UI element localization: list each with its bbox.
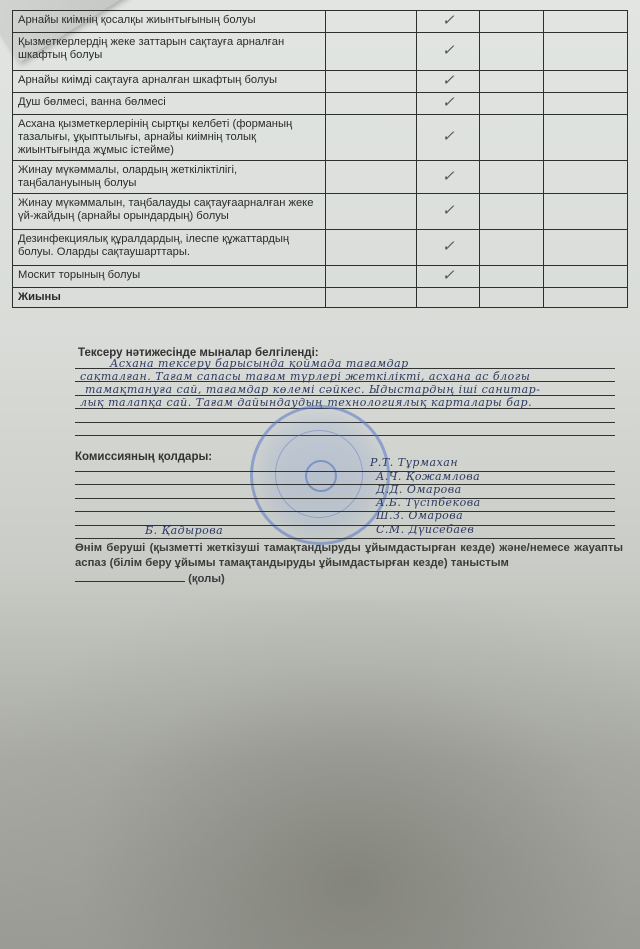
signature-5: Ш.З. Омарова (376, 509, 463, 522)
checkmark-icon: ✓ (442, 127, 455, 145)
empty-cell (480, 33, 544, 71)
total-label: Жиыны (13, 288, 326, 308)
empty-cell (543, 161, 627, 194)
signature-2: А.Ч. Қожамлова (376, 470, 480, 483)
checklist-table: Арнайы киімнің қосалқы жиынтығының болуы… (12, 10, 628, 308)
empty-cell (543, 115, 627, 161)
criterion-cell: Арнайы киімнің қосалқы жиынтығының болуы (13, 11, 326, 33)
empty-cell (543, 194, 627, 230)
table-row: Жинау мүкәммалы, олардың жеткіліктілігі,… (13, 161, 628, 194)
criterion-cell: Дезинфекциялық құралдардың, ілеспе құжат… (13, 230, 326, 266)
criterion-cell: Душ бөлмесі, ванна бөлмесі (13, 93, 326, 115)
empty-cell (326, 71, 417, 93)
empty-cell (480, 93, 544, 115)
empty-cell (326, 115, 417, 161)
signature-7: Б. Қадырова (145, 524, 223, 537)
table-row: Москит торының болуы✓ (13, 266, 628, 288)
empty-cell (480, 266, 544, 288)
table-row: Жинау мүкәммалын, таңбалауды сақтауғаарн… (13, 194, 628, 230)
empty-cell (480, 115, 544, 161)
total-row: Жиыны (13, 288, 628, 308)
acknowledgement-text: Өнім беруші (қызметті жеткізуші тамақтан… (75, 541, 623, 587)
checkmark-icon: ✓ (442, 201, 455, 219)
criterion-cell: Жинау мүкәммалын, таңбалауды сақтауғаарн… (13, 194, 326, 230)
empty-cell (480, 71, 544, 93)
empty-cell (326, 161, 417, 194)
check-cell: ✓ (417, 71, 480, 93)
check-cell: ✓ (417, 194, 480, 230)
check-cell: ✓ (417, 161, 480, 194)
check-cell: ✓ (417, 266, 480, 288)
check-cell: ✓ (417, 33, 480, 71)
empty-cell (326, 194, 417, 230)
finding-line-2: сақталған. Тағам сапасы тағам түрлері же… (80, 370, 530, 383)
table-row: Қызметкерлердің жеке заттарын сақтауға а… (13, 33, 628, 71)
table-row: Дезинфекциялық құралдардың, ілеспе құжат… (13, 230, 628, 266)
empty-cell (480, 194, 544, 230)
table-row: Арнайы киімнің қосалқы жиынтығының болуы… (13, 11, 628, 33)
empty-cell (543, 11, 627, 33)
empty-cell (543, 71, 627, 93)
signature-4: А.Б. Түсіпбекова (376, 496, 481, 509)
table-row: Душ бөлмесі, ванна бөлмесі✓ (13, 93, 628, 115)
checkmark-icon: ✓ (442, 167, 455, 185)
criterion-cell: Москит торының болуы (13, 266, 326, 288)
signature-1: Р.Т. Тұрмахан (370, 456, 458, 469)
checkmark-icon: ✓ (442, 41, 455, 59)
empty-cell (326, 266, 417, 288)
signature-blank (75, 571, 185, 582)
empty-cell (326, 11, 417, 33)
signature-6: С.М. Дүйсебаев (376, 523, 474, 536)
signature-caption: (қолы) (188, 573, 225, 585)
empty-cell (543, 93, 627, 115)
check-cell: ✓ (417, 230, 480, 266)
empty-cell (480, 230, 544, 266)
criterion-cell: Қызметкерлердің жеке заттарын сақтауға а… (13, 33, 326, 71)
checkmark-icon: ✓ (442, 266, 455, 284)
checkmark-icon: ✓ (442, 93, 455, 111)
empty-cell (326, 230, 417, 266)
table-row: Асхана қызметкерлерінің сыртқы келбеті (… (13, 115, 628, 161)
check-cell: ✓ (417, 11, 480, 33)
signature-3: Д.Д. Омарова (376, 483, 462, 496)
checkmark-icon: ✓ (442, 11, 455, 29)
empty-cell (480, 161, 544, 194)
checkmark-icon: ✓ (442, 71, 455, 89)
empty-cell (326, 33, 417, 71)
table-row: Арнайы киімді сақтауға арналған шкафтың … (13, 71, 628, 93)
empty-cell (326, 93, 417, 115)
acknowledgement-body: Өнім беруші (қызметті жеткізуші тамақтан… (75, 542, 623, 569)
criterion-cell: Асхана қызметкерлерінің сыртқы келбеті (… (13, 115, 326, 161)
empty-cell (480, 11, 544, 33)
finding-line-3: тамақтануға сай, тағамдар көлемі сәйкес.… (85, 383, 540, 396)
empty-cell (543, 266, 627, 288)
criterion-cell: Арнайы киімді сақтауға арналған шкафтың … (13, 71, 326, 93)
empty-cell (543, 33, 627, 71)
finding-line-1: Асхана тексеру барысында қоймада тағамда… (110, 357, 409, 370)
check-cell: ✓ (417, 115, 480, 161)
photo-shadow (0, 600, 640, 949)
empty-cell (543, 230, 627, 266)
checkmark-icon: ✓ (442, 237, 455, 255)
check-cell: ✓ (417, 93, 480, 115)
criterion-cell: Жинау мүкәммалы, олардың жеткіліктілігі,… (13, 161, 326, 194)
